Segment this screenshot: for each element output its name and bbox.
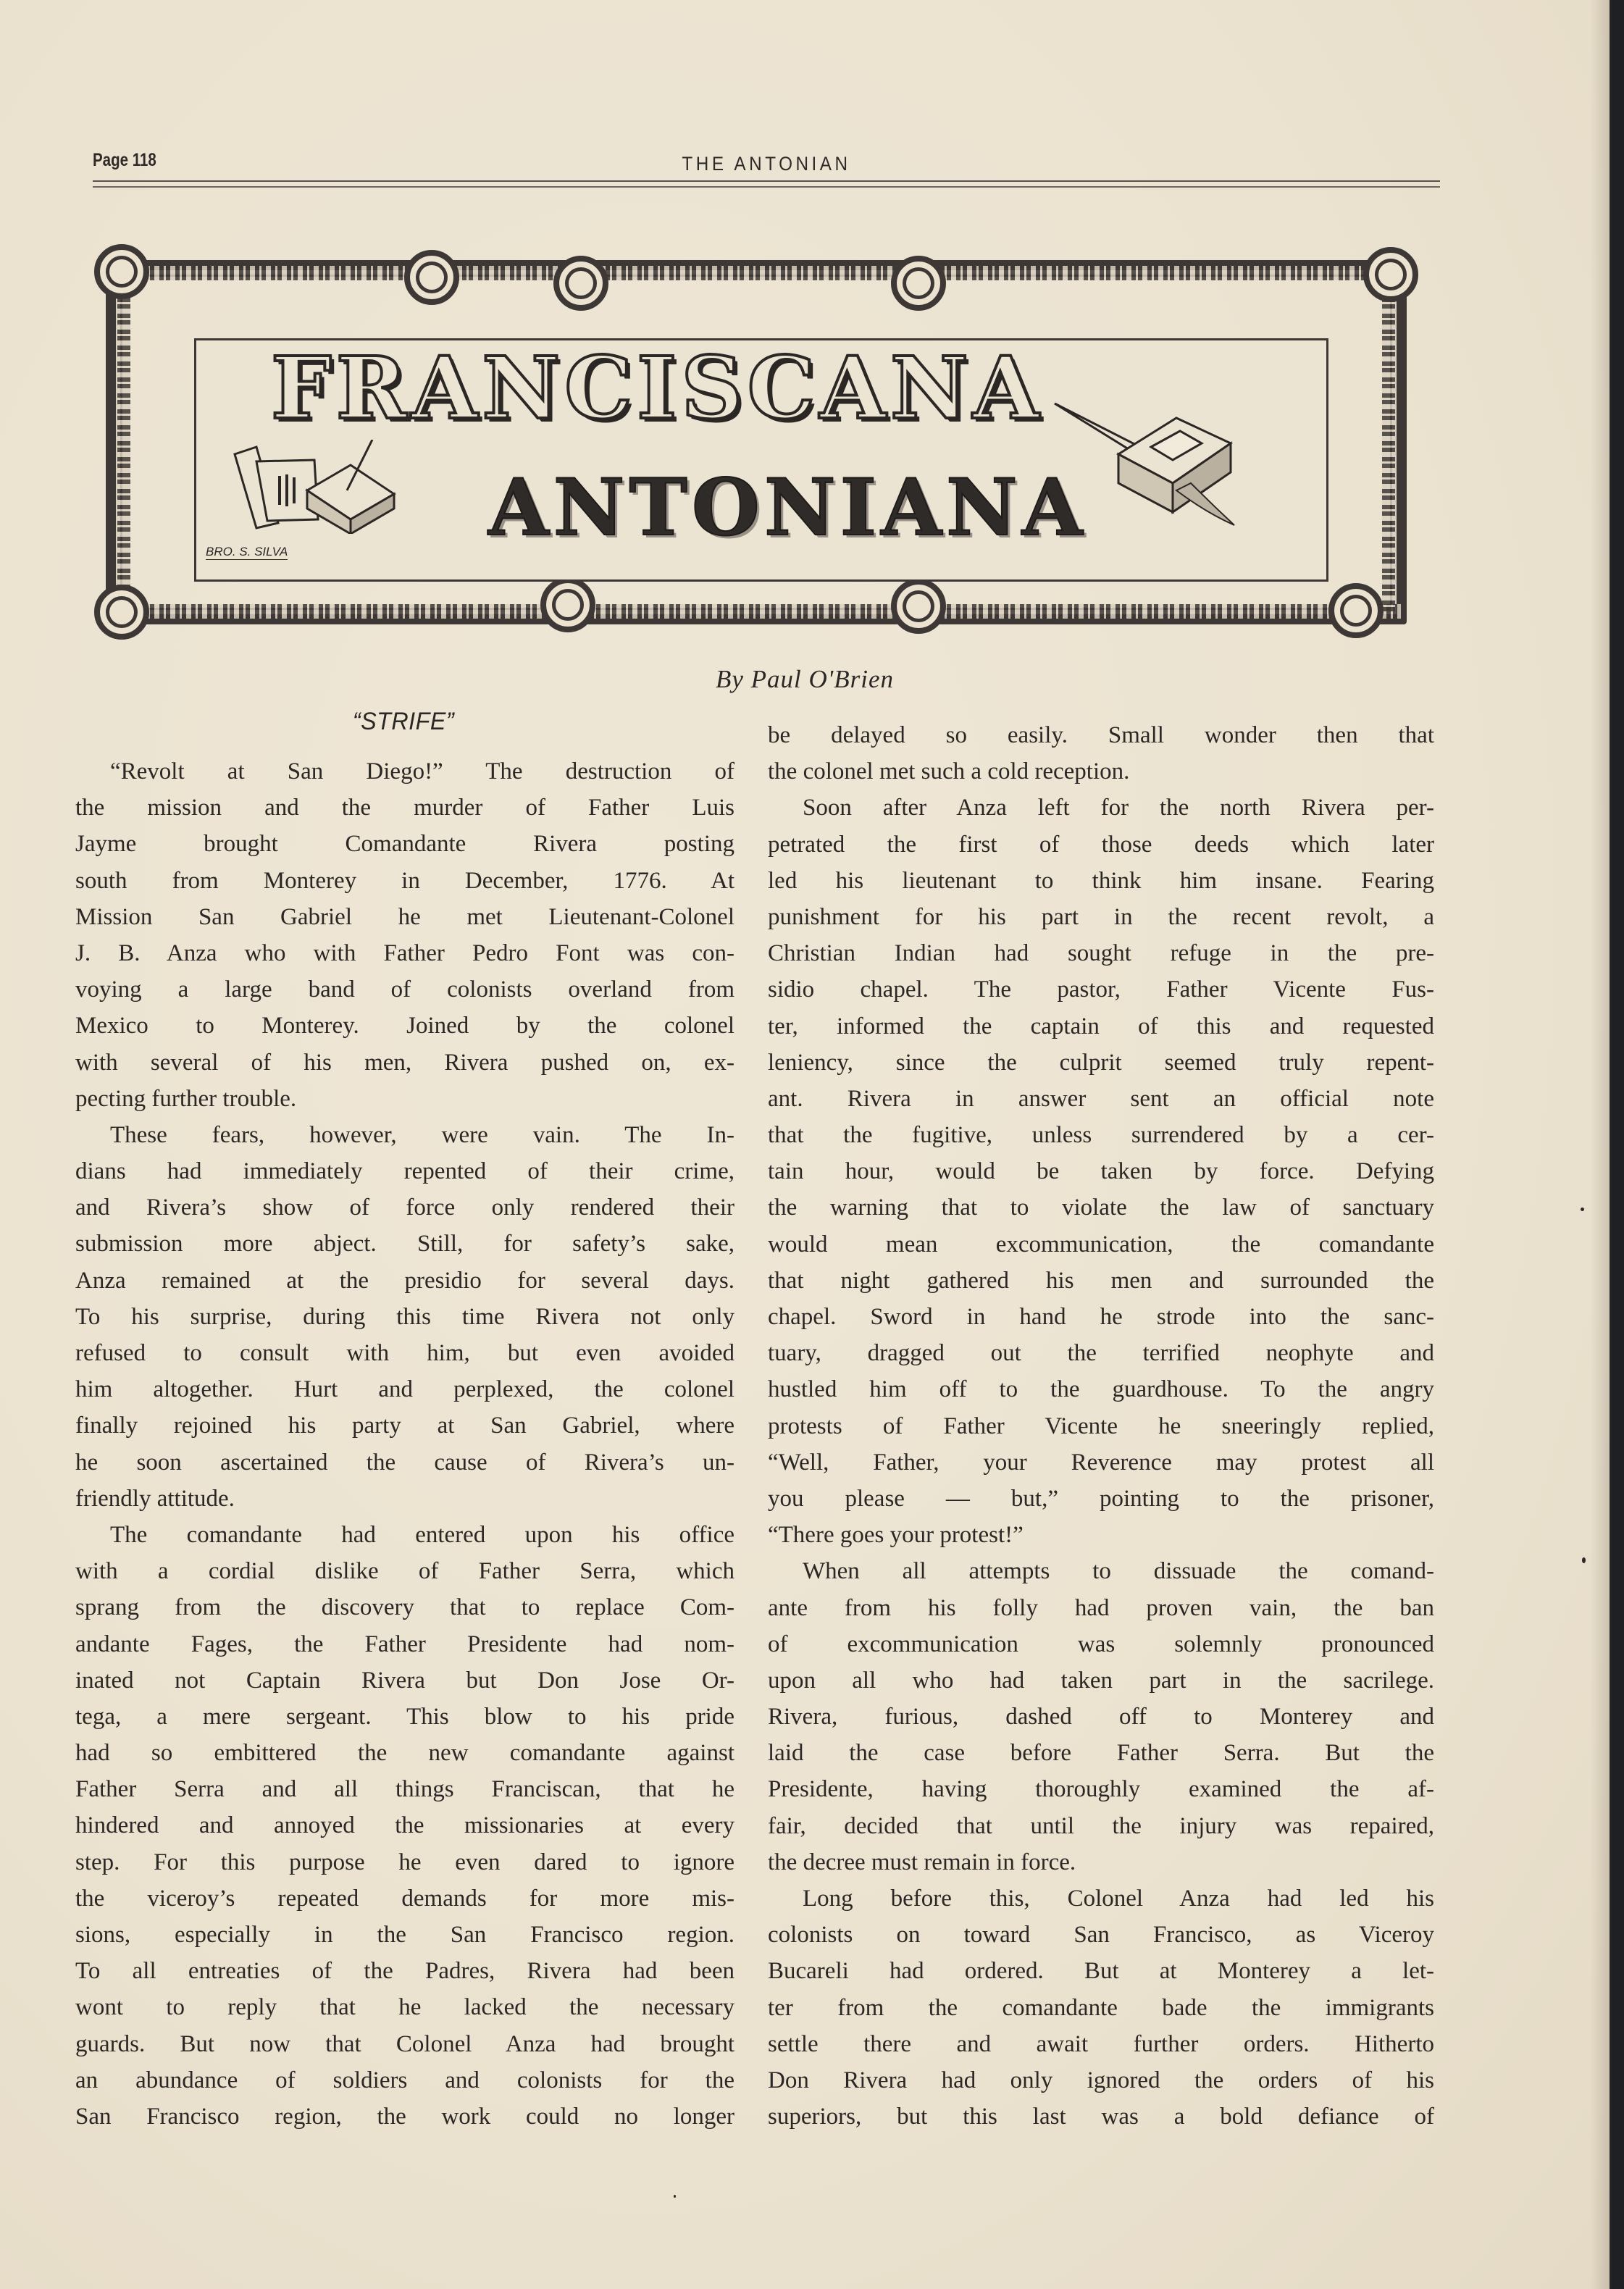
paper-speck <box>674 2195 676 2198</box>
text-line: had so embittered the new comandante aga… <box>75 1735 734 1771</box>
scroll-ornament-icon <box>94 244 149 299</box>
chain-border-top <box>112 266 1401 280</box>
text-line: Bucareli had ordered. But at Monterey a … <box>768 1953 1434 1989</box>
text-line: him altogether. Hurt and perplexed, the … <box>75 1371 734 1407</box>
text-line: south from Monterey in December, 1776. A… <box>75 863 734 899</box>
text-line: inated not Captain Rivera but Don Jose O… <box>75 1662 734 1699</box>
scroll-ornament-icon <box>540 577 595 632</box>
text-line: Rivera, furious, dashed off to Monterey … <box>768 1699 1434 1735</box>
text-line: the mission and the murder of Father Lui… <box>75 790 734 826</box>
text-line: hindered and annoyed the missionaries at… <box>75 1807 734 1844</box>
text-line: an abundance of soldiers and colonists f… <box>75 2062 734 2098</box>
text-line: San Francisco region, the work could no … <box>75 2098 734 2135</box>
text-line: ant. Rivera in answer sent an official n… <box>768 1081 1434 1117</box>
text-line: with a cordial dislike of Father Serra, … <box>75 1553 734 1589</box>
header-rule <box>93 180 1440 188</box>
text-line: sions, especially in the San Francisco r… <box>75 1917 734 1953</box>
byline: By Paul O'Brien <box>0 665 1610 694</box>
text-line: The comandante had entered upon his offi… <box>75 1517 734 1553</box>
text-line: andante Fages, the Father Presidente had… <box>75 1626 734 1662</box>
text-line: tuary, dragged out the terrified neophyt… <box>768 1335 1434 1371</box>
banner-title-line1: FRANCISCANA <box>271 346 1043 431</box>
text-line: led his lieutenant to think him insane. … <box>768 863 1434 899</box>
text-line: When all attempts to dissuade the comand… <box>768 1553 1434 1589</box>
chain-border-right <box>1382 273 1395 611</box>
text-line: that night gathered his men and surround… <box>768 1263 1434 1299</box>
text-line: that the fugitive, unless surrendered by… <box>768 1117 1434 1153</box>
scroll-ornament-icon <box>1328 583 1384 638</box>
scroll-ornament-icon <box>404 250 459 305</box>
text-line: Anza remained at the presidio for severa… <box>75 1263 734 1299</box>
text-line: and Rivera’s show of force only rendered… <box>75 1189 734 1226</box>
text-line: “Well, Father, your Reverence may protes… <box>768 1444 1434 1481</box>
article-title: “STRIFE” <box>89 708 718 736</box>
text-line: you please — but,” pointing to the priso… <box>768 1481 1434 1517</box>
text-line: Presidente, having thoroughly examined t… <box>768 1771 1434 1807</box>
text-line: step. For this purpose he even dared to … <box>75 1844 734 1880</box>
text-line: the colonel met such a cold reception. <box>768 753 1434 790</box>
text-line: petrated the first of those deeds which … <box>768 827 1434 863</box>
text-line: hustled him off to the guardhouse. To th… <box>768 1371 1434 1407</box>
text-line: he soon ascertained the cause of Rivera’… <box>75 1444 734 1481</box>
text-line: the warning that to violate the law of s… <box>768 1189 1434 1226</box>
text-line: Father Serra and all things Franciscan, … <box>75 1771 734 1807</box>
text-line: would mean excommunication, the comandan… <box>768 1226 1434 1263</box>
text-line: Soon after Anza left for the north River… <box>768 790 1434 826</box>
text-line: leniency, since the culprit seemed truly… <box>768 1045 1434 1081</box>
scroll-ornament-icon <box>891 256 946 311</box>
text-line: To his surprise, during this time Rivera… <box>75 1299 734 1335</box>
text-line: be delayed so easily. Small wonder then … <box>768 717 1434 753</box>
text-line: colonists on toward San Francisco, as Vi… <box>768 1917 1434 1953</box>
text-line: with several of his men, Rivera pushed o… <box>75 1045 734 1081</box>
text-line: voying a large band of colonists overlan… <box>75 971 734 1008</box>
text-line: ter, informed the captain of this and re… <box>768 1008 1434 1045</box>
text-line: Jayme brought Comandante Rivera posting <box>75 826 734 862</box>
text-line: ante from his folly had proven vain, the… <box>768 1590 1434 1626</box>
text-line: Mexico to Monterey. Joined by the colone… <box>75 1008 734 1044</box>
text-line: pecting further trouble. <box>75 1081 734 1117</box>
text-line: submission more abject. Still, for safet… <box>75 1226 734 1262</box>
text-line: Long before this, Colonel Anza had led h… <box>768 1880 1434 1917</box>
text-line: the decree must remain in force. <box>768 1844 1434 1880</box>
magazine-page: Page 118 THE ANTONIAN FRANCISCANA ANTONI… <box>0 0 1610 2289</box>
scroll-ornament-icon <box>553 256 608 311</box>
banner-title-line2: ANTONIANA <box>488 469 1087 547</box>
scroll-ornament-icon <box>1363 247 1418 302</box>
article-column-left: “Revolt at San Diego!” The destruction o… <box>75 753 734 2135</box>
scroll-ornament-icon <box>94 585 149 640</box>
text-line: fair, decided that until the injury was … <box>768 1808 1434 1844</box>
text-line: finally rejoined his party at San Gabrie… <box>75 1407 734 1444</box>
text-line: protests of Father Vicente he sneeringly… <box>768 1408 1434 1444</box>
text-line: tega, a mere sergeant. This blow to his … <box>75 1699 734 1735</box>
scroll-and-book-icon <box>227 440 401 534</box>
chain-border-bottom <box>112 604 1401 619</box>
text-line: tain hour, would be taken by force. Defy… <box>768 1153 1434 1189</box>
running-head: Page 118 THE ANTONIAN <box>93 148 1440 192</box>
text-line: “There goes your protest!” <box>768 1517 1434 1553</box>
text-line: Mission San Gabriel he met Lieutenant-Co… <box>75 899 734 935</box>
text-line: ter from the comandante bade the immigra… <box>768 1990 1434 2026</box>
text-line: of excommunication was solemnly pronounc… <box>768 1626 1434 1662</box>
text-line: chapel. Sword in hand he strode into the… <box>768 1299 1434 1335</box>
text-line: the viceroy’s repeated demands for more … <box>75 1880 734 1917</box>
text-line: laid the case before Father Serra. But t… <box>768 1735 1434 1771</box>
text-line: Christian Indian had sought refuge in th… <box>768 935 1434 971</box>
paper-speck <box>1581 1208 1584 1211</box>
text-line: Don Rivera had only ignored the orders o… <box>768 2062 1434 2098</box>
text-line: upon all who had taken part in the sacri… <box>768 1662 1434 1699</box>
text-line: punishment for his part in the recent re… <box>768 899 1434 935</box>
text-line: settle there and await further orders. H… <box>768 2026 1434 2062</box>
quill-and-book-icon <box>1053 374 1242 527</box>
text-line: friendly attitude. <box>75 1481 734 1517</box>
artist-signature: BRO. S. SILVA <box>206 545 288 560</box>
article-column-right: be delayed so easily. Small wonder then … <box>768 717 1434 2135</box>
text-line: “Revolt at San Diego!” The destruction o… <box>75 753 734 790</box>
text-line: superiors, but this last was a bold defi… <box>768 2098 1434 2135</box>
text-line: These fears, however, were vain. The In- <box>75 1117 734 1153</box>
text-line: To all entreaties of the Padres, Rivera … <box>75 1953 734 1989</box>
chain-border-left <box>117 273 130 611</box>
page-edge-shadow <box>1590 0 1612 2289</box>
journal-title: THE ANTONIAN <box>160 153 1373 175</box>
text-line: refused to consult with him, but even av… <box>75 1335 734 1371</box>
text-line: dians had immediately repented of their … <box>75 1153 734 1189</box>
text-line: guards. But now that Colonel Anza had br… <box>75 2026 734 2062</box>
scroll-ornament-icon <box>891 579 946 634</box>
paper-speck <box>1582 1557 1586 1563</box>
page-number: Page 118 <box>93 150 156 171</box>
text-line: sprang from the discovery that to replac… <box>75 1589 734 1625</box>
text-line: J. B. Anza who with Father Pedro Font wa… <box>75 935 734 971</box>
section-banner: FRANCISCANA ANTONIANA <box>97 244 1415 646</box>
text-line: wont to reply that he lacked the necessa… <box>75 1989 734 2025</box>
text-line: sidio chapel. The pastor, Father Vicente… <box>768 971 1434 1008</box>
